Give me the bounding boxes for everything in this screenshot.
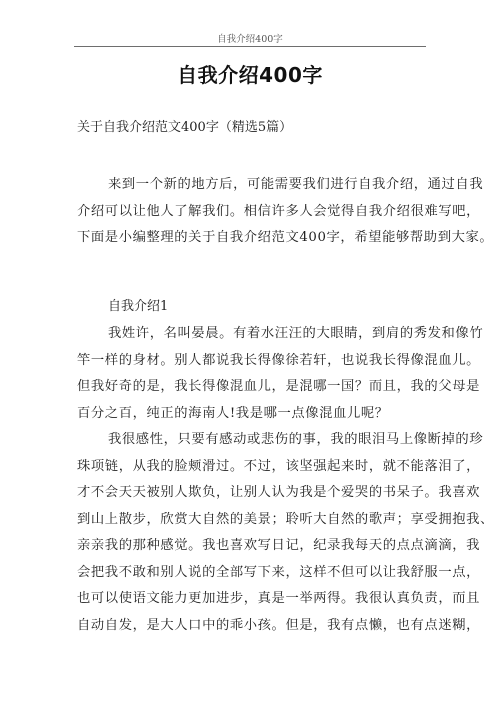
section-heading: 自我介绍1: [108, 297, 168, 317]
document-title: 自我介绍400字: [0, 60, 500, 90]
document-page: 自我介绍400字 自我介绍400字 关于自我介绍范文400字（精选5篇） 来到一…: [0, 0, 500, 708]
paragraph-line: 也可以使语文能力更加进步，真是一举两得。我很认真负责，而且: [77, 586, 425, 613]
paragraph-line: 会把我不敢和别人说的全部写下来，这样不但可以让我舒服一点，: [77, 560, 425, 587]
intro-paragraph: 来到一个新的地方后，可能需要我们进行自我介绍，通过自我 介绍可以让他人了解我们。…: [77, 172, 425, 252]
document-subtitle: 关于自我介绍范文400字（精选5篇）: [77, 118, 292, 138]
paragraph-line: 下面是小编整理的关于自我介绍范文400字，希望能够帮助到大家。: [77, 225, 425, 252]
paragraph-line: 才不会天天被别人欺负，让别人认为我是个爱哭的书呆子。我喜欢: [77, 480, 425, 507]
header-rule: [74, 46, 426, 47]
paragraph-line: 百分之百，纯正的海南人!我是哪一点像混血儿呢？: [77, 401, 425, 428]
paragraph-line: 竿一样的身材。别人都说我长得像徐若轩，也说我长得像混血儿。: [77, 348, 425, 375]
paragraph-line: 自动自发，是大人口中的乖小孩。但是，我有点懒，也有点迷糊，: [77, 613, 425, 640]
paragraph-line: 珠项链，从我的脸颊滑过。不过，该坚强起来时，就不能落泪了，: [77, 454, 425, 481]
paragraph-line: 我姓许，名叫晏晨。有着水汪汪的大眼睛，到肩的秀发和像竹: [77, 321, 425, 348]
running-header: 自我介绍400字: [74, 34, 426, 45]
paragraph-line: 但我好奇的是，我长得像混血儿，是混哪一国？而且，我的父母是: [77, 374, 425, 401]
paragraph-line: 介绍可以让他人了解我们。相信许多人会觉得自我介绍很难写吧，: [77, 199, 425, 226]
paragraph-line: 来到一个新的地方后，可能需要我们进行自我介绍，通过自我: [77, 172, 425, 199]
section-paragraph-2: 我很感性，只要有感动或悲伤的事，我的眼泪马上像断掉的珍 珠项链，从我的脸颊滑过。…: [77, 427, 425, 639]
paragraph-line: 到山上散步，欣赏大自然的美景；聆听大自然的歌声；享受拥抱我、: [77, 507, 425, 534]
section-paragraph-1: 我姓许，名叫晏晨。有着水汪汪的大眼睛，到肩的秀发和像竹 竿一样的身材。别人都说我…: [77, 321, 425, 427]
paragraph-line: 我很感性，只要有感动或悲伤的事，我的眼泪马上像断掉的珍: [77, 427, 425, 454]
paragraph-line: 亲亲我的那种感觉。我也喜欢写日记，纪录我每天的点点滴滴，我: [77, 533, 425, 560]
